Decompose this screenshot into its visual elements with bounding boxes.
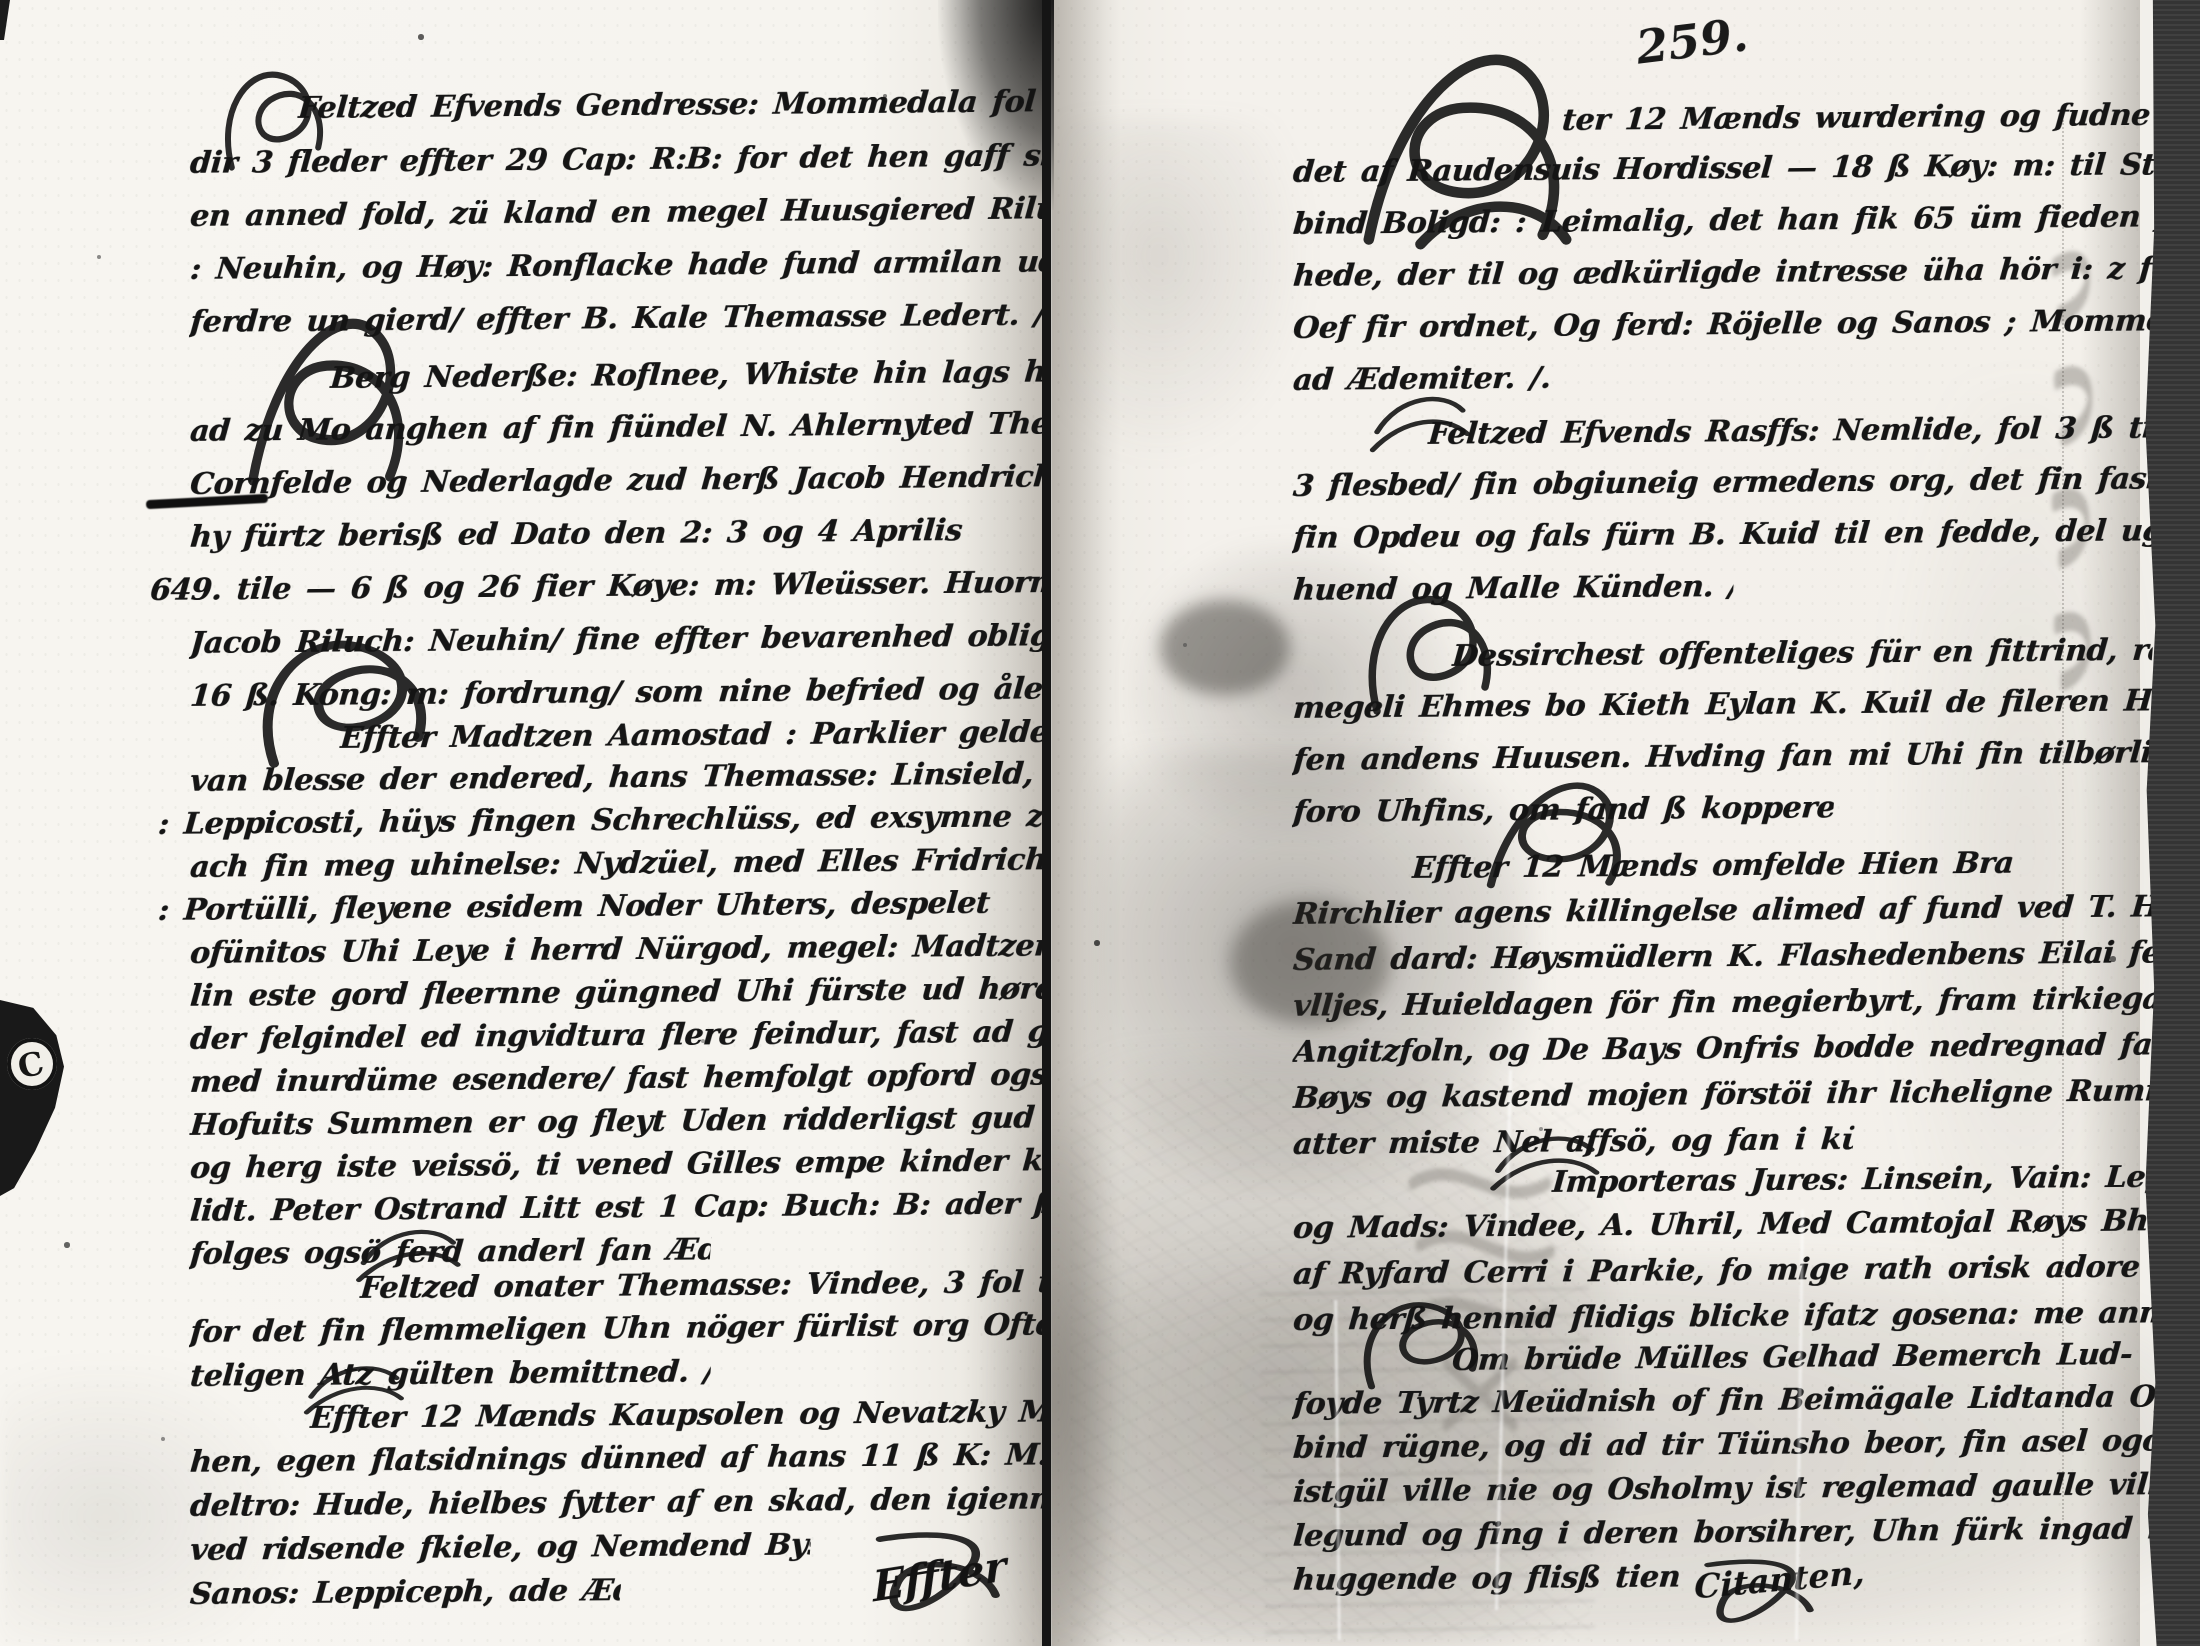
initial-flourish <box>1356 582 1506 732</box>
manuscript-line: Sanos: Leppiceph, ade Ædenites. <box>189 1574 622 1612</box>
catchword-flourish <box>846 1528 1016 1640</box>
manuscript-line: ved ridsende fkiele, og Nemdend Bysford:… <box>189 1529 812 1569</box>
manuscript-line: ter 12 Mænds wurdering og fudne rislings… <box>1561 99 2156 139</box>
initial-flourish <box>1350 28 1585 263</box>
manuscript-line: Berg Nederße: Roflnee, Whiste hin lags h… <box>329 356 1047 397</box>
manuscript-line: huggende og flisß tien lögen del gsiudt.… <box>1292 1561 1685 1599</box>
binding-fold-line <box>1042 0 1051 1646</box>
initial-flourish <box>215 60 335 185</box>
manuscript-line: Effter 12 Mænds Kaupsolen og Nevatzky Me… <box>309 1396 1047 1437</box>
initial-flourish <box>1366 378 1476 468</box>
manuscript-line: Feltzed Efvends Gendresse: Mommedala fol… <box>297 85 1047 126</box>
manuscript-line: ad Ædemiter. /. <box>1292 360 1725 398</box>
initial-flourish <box>238 296 423 501</box>
initial-flourish <box>300 1350 410 1428</box>
manuscript-line: Dessirchest offenteliges für en fittrind… <box>1451 634 2154 675</box>
initial-flourish <box>1486 1118 1606 1206</box>
initial-flourish <box>352 1212 467 1297</box>
manuscript-line: Om brüde Mülles Gelhad Bemerch Lud- <box>1451 1338 2154 1379</box>
manuscript-line: Importeras Jures: Linsein, Vain: Leppi o… <box>1551 1161 2157 1201</box>
initial-flourish <box>1478 768 1638 898</box>
initial-flourish <box>246 626 446 786</box>
initial-flourish <box>1352 1292 1492 1402</box>
manuscript-line: Feltzed Efvends Rasffs: Nemlide, fol 3 ß… <box>1427 412 2157 453</box>
catchword-flourish <box>1678 1556 1828 1646</box>
manuscript-scan: 259. Feltzed Efvends Gendresse: Mommedal… <box>0 0 2200 1646</box>
binding-fold-shadow <box>938 0 1054 210</box>
manuscript-line: teligen Atz gülten bemittned. /. <box>189 1355 712 1394</box>
